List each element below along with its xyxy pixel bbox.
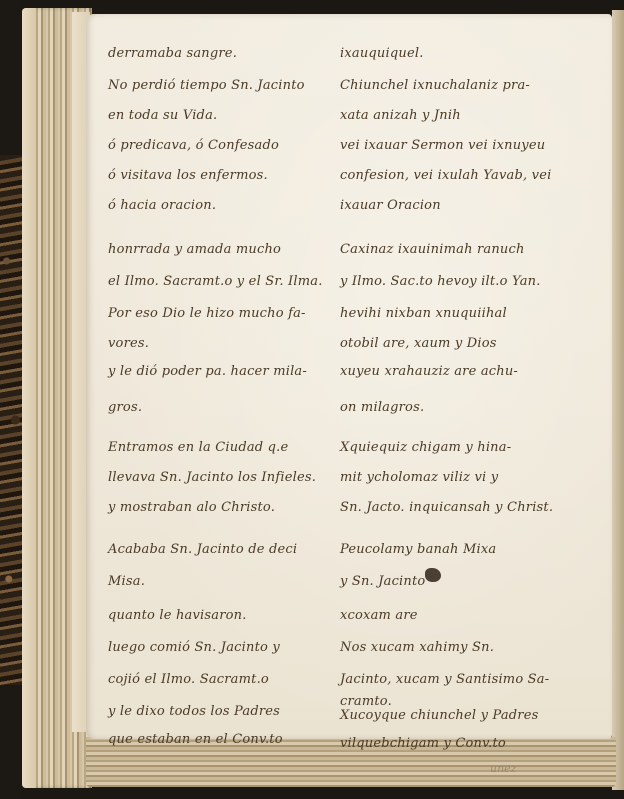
spanish-line: el Ilmo. Sacramt.o y el Sr. Ilma. (108, 274, 323, 289)
spanish-line: llevava Sn. Jacinto los Infieles. (108, 470, 316, 485)
book-cover-top (0, 0, 22, 155)
spanish-line: Por eso Dio le hizo mucho fa- (108, 306, 306, 321)
marbled-book-cover (0, 155, 22, 685)
spanish-line: que estaban en el Conv.to (108, 732, 283, 747)
indigenous-line: Sn. Jacto. inquicansah y Christ. (340, 500, 553, 515)
indigenous-line: xata anizah y Jnih (340, 108, 461, 123)
spanish-line: Misa. (108, 574, 145, 589)
right-page-edge (612, 10, 624, 790)
spanish-line: ó predicava, ó Confesado (108, 138, 279, 153)
spanish-line: y mostraban alo Christo. (108, 500, 275, 515)
indigenous-line: confesion, vei ixulah Yavab, vei (340, 168, 551, 183)
spanish-line: Entramos en la Ciudad q.e (108, 440, 288, 455)
spanish-line: quanto le havisaron. (108, 608, 247, 623)
ink-blot (425, 568, 441, 582)
spanish-line: y le dixo todos los Padres (108, 704, 280, 719)
page-stack-left-edge (22, 8, 36, 788)
indigenous-line: Chiunchel ixnuchalaniz pra- (340, 78, 530, 93)
indigenous-line: cramto. (340, 694, 392, 709)
indigenous-line: xcoxam are (340, 608, 418, 623)
spanish-line: derramaba sangre. (108, 46, 237, 61)
indigenous-line: Xucoyque chiunchel y Padres (340, 708, 538, 723)
indigenous-line: y Ilmo. Sac.to hevoy ilt.o Yan. (340, 274, 541, 289)
indigenous-line: Jacinto, xucam y Santisimo Sa- (340, 672, 549, 687)
spanish-line: vores. (108, 336, 149, 351)
indigenous-line: on milagros. (340, 400, 424, 415)
spanish-line: honrrada y amada mucho (108, 242, 281, 257)
spanish-line: gros. (108, 400, 142, 415)
indigenous-line: xuyeu xrahauziz are achu- (340, 364, 518, 379)
manuscript-scene: unez derramaba sangre.No perdió tiempo S… (0, 0, 624, 799)
indigenous-line: Nos xucam xahimy Sn. (340, 640, 494, 655)
spanish-line: y le dió poder pa. hacer mila- (108, 364, 307, 379)
indigenous-line: otobil are, xaum y Dios (340, 336, 497, 351)
indigenous-line: ixauquiquel. (340, 46, 424, 61)
spanish-line: No perdió tiempo Sn. Jacinto (108, 78, 305, 93)
spanish-line: ó visitava los enfermos. (108, 168, 268, 183)
spanish-line: cojió el Ilmo. Sacramt.o (108, 672, 269, 687)
indigenous-line: Caxinaz ixauinimah ranuch (340, 242, 525, 257)
indigenous-line: mit ycholomaz viliz vi y (340, 470, 498, 485)
bottom-edge-mark: unez (490, 762, 516, 775)
indigenous-line: Peucolamy banah Mixa (340, 542, 496, 557)
indigenous-line: hevihi nixban xnuquiihal (340, 306, 507, 321)
spanish-line: luego comió Sn. Jacinto y (108, 640, 280, 655)
indigenous-line: ixauar Oracion (340, 198, 441, 213)
indigenous-line: vei ixauar Sermon vei ixnuyeu (340, 138, 545, 153)
spanish-line: ó hacia oracion. (108, 198, 216, 213)
indigenous-line: Xquiequiz chigam y hina- (340, 440, 511, 455)
spanish-line: Acababa Sn. Jacinto de deci (108, 542, 297, 557)
indigenous-line: y Sn. Jacinto (340, 574, 425, 589)
indigenous-line: vilquebchigam y Conv.to (340, 736, 506, 751)
book-cover-bottom (0, 685, 22, 799)
spanish-line: en toda su Vida. (108, 108, 217, 123)
